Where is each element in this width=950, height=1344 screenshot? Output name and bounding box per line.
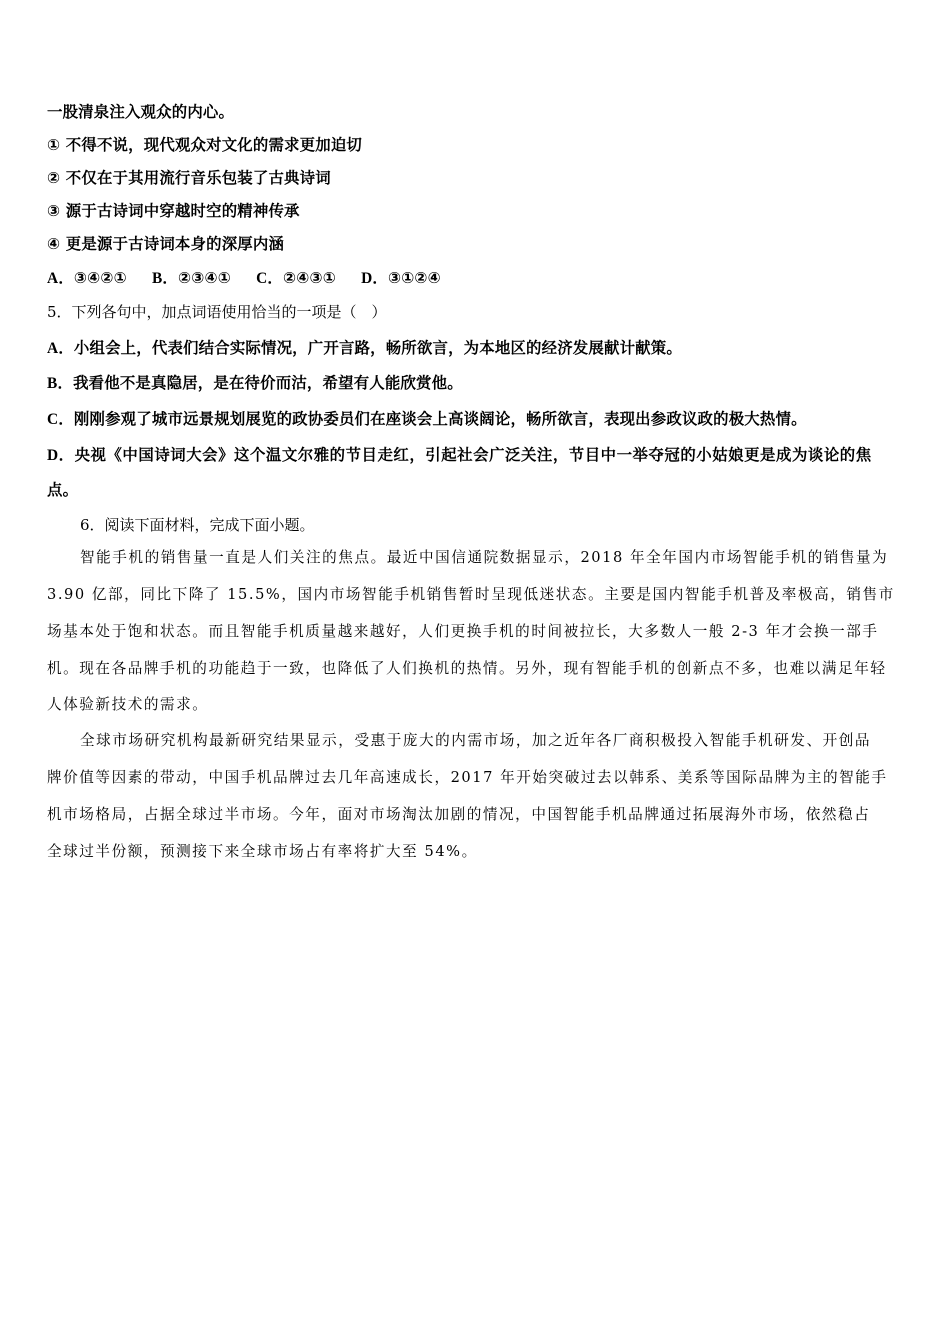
q5-option-b: B．我看他不是真隐居，是在待价而沽，希望有人能欣赏他。 (47, 373, 463, 394)
q5-option-a: A．小组会上，代表们结合实际情况，广开言路，畅所欲言，为本地区的经济发展献计献策… (47, 338, 682, 359)
q6-p2-line-1: 全球市场研究机构最新研究结果显示，受惠于庞大的内需市场，加之近年各厂商积极投入智… (80, 731, 871, 751)
q4-option-c: C．②④③① (256, 269, 336, 287)
q4-option-a: A．③④②① (47, 269, 127, 287)
q5-option-c: C．刚刚参观了城市远景规划展览的政协委员们在座谈会上高谈阔论，畅所欲言，表现出参… (47, 409, 807, 430)
q6-p1-line-3: 场基本处于饱和状态。而且智能手机质量越来越好，人们更换手机的时间被拉长，大多数人… (47, 622, 879, 642)
q6-p2-line-3: 机市场格局，占据全球过半市场。今年，面对市场淘汰加剧的情况，中国智能手机品牌通过… (47, 805, 870, 825)
q4-option-b: B．②③④① (152, 269, 231, 287)
q4-item-3: ③ 源于古诗词中穿越时空的精神传承 (47, 201, 300, 221)
q4-trailing-line: 一股清泉注入观众的内心。 (47, 102, 234, 122)
q6-p1-line-4: 机。现在各品牌手机的功能趋于一致，也降低了人们换机的热情。另外，现有智能手机的创… (47, 659, 886, 679)
q4-item-2: ② 不仅在于其用流行音乐包装了古典诗词 (47, 168, 331, 188)
q6-p2-line-2: 牌价值等因素的带动，中国手机品牌过去几年高速成长，2017 年开始突破过去以韩系… (47, 768, 888, 788)
q6-stem: 6．阅读下面材料，完成下面小题。 (80, 515, 315, 535)
q6-p2-line-4: 全球过半份额，预测接下来全球市场占有率将扩大至 54%。 (47, 842, 478, 862)
q5-option-d: D．央视《中国诗词大会》这个温文尔雅的节目走红，引起社会广泛关注，节目中一举夺冠… (47, 445, 872, 466)
q6-p1-line-1: 智能手机的销售量一直是人们关注的焦点。最近中国信通院数据显示，2018 年全年国… (80, 548, 888, 568)
q5-option-d-continuation: 点。 (47, 480, 78, 500)
q5-stem: 5．下列各句中，加点词语使用恰当的一项是（ ） (47, 302, 387, 322)
q6-p1-line-2: 3.90 亿部，同比下降了 15.5%，国内市场智能手机销售暂时呈现低迷状态。主… (47, 585, 895, 605)
q4-option-d: D．③①②④ (361, 269, 441, 287)
q4-options: A．③④②① B．②③④① C．②④③① D．③①②④ (47, 268, 441, 289)
document-page: 一股清泉注入观众的内心。 ① 不得不说，现代观众对文化的需求更加迫切 ② 不仅在… (0, 0, 950, 1344)
q4-item-1: ① 不得不说，现代观众对文化的需求更加迫切 (47, 135, 362, 155)
q4-item-4: ④ 更是源于古诗词本身的深厚内涵 (47, 234, 284, 254)
q6-p1-line-5: 人体验新技术的需求。 (47, 695, 208, 715)
